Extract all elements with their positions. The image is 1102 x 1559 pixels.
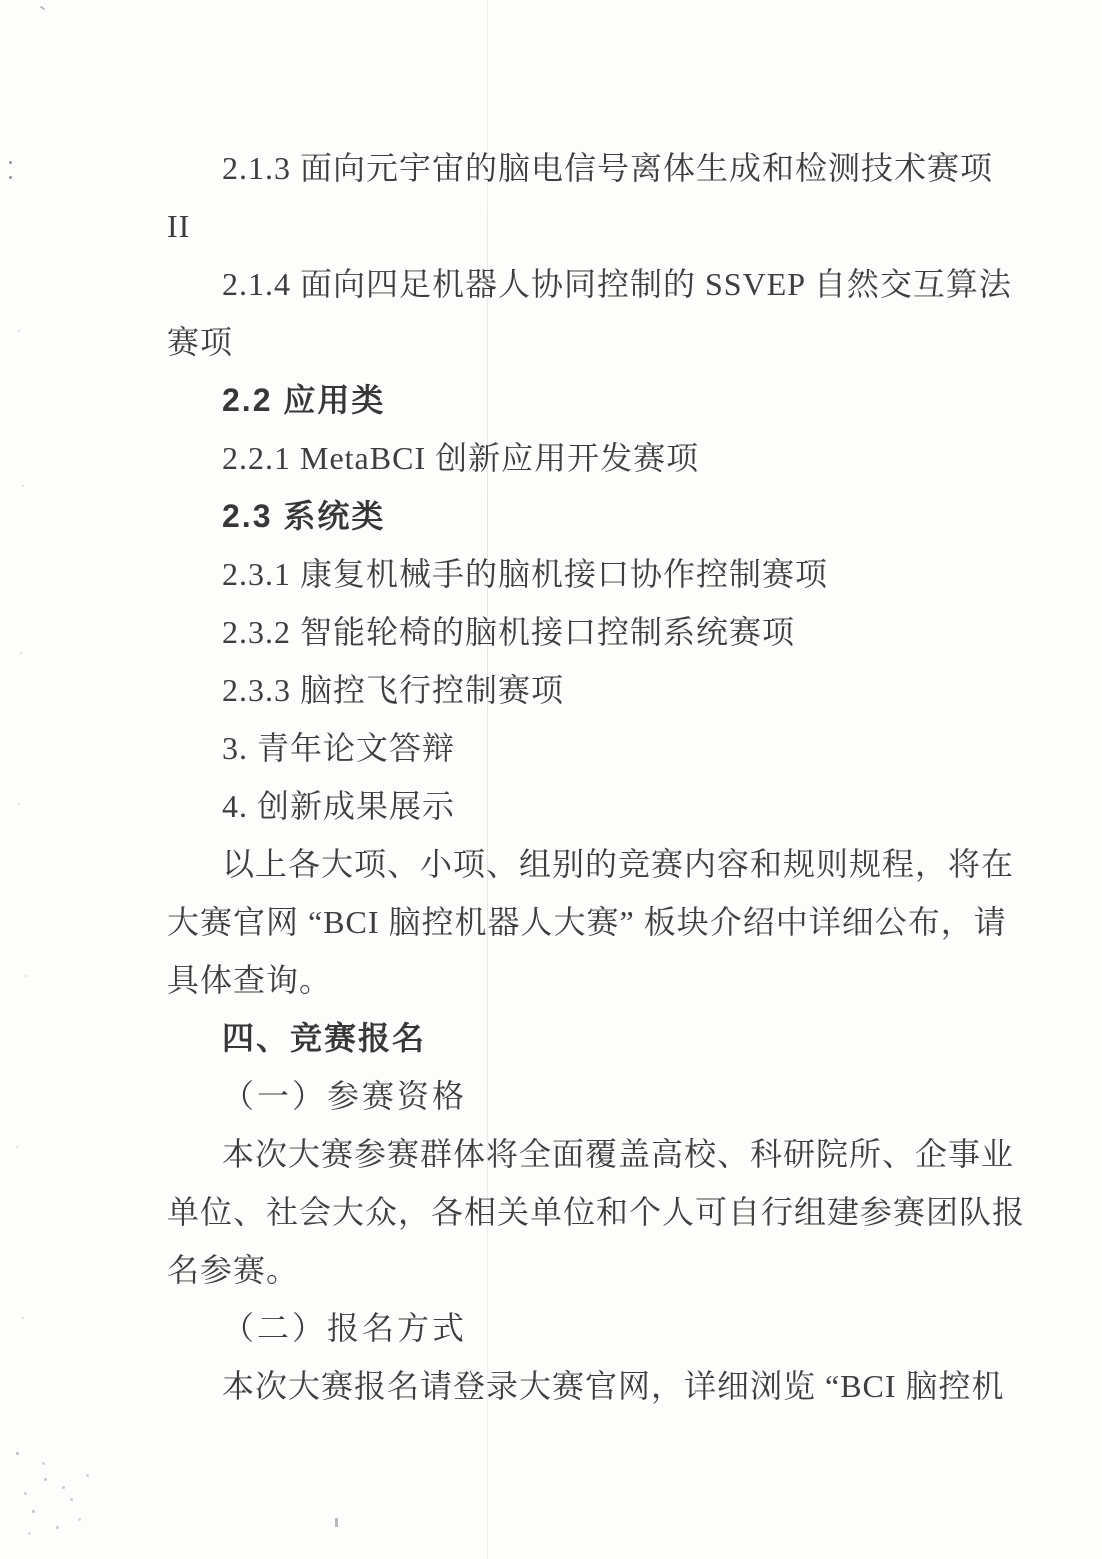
scan-speckle bbox=[18, 330, 20, 332]
list-item-2-3-2: 2.3.2 智能轮椅的脑机接口控制系统赛项 bbox=[167, 603, 945, 661]
list-item-2-1-4: 2.1.4 面向四足机器人协同控制的 SSVEP 自然交互算法 bbox=[167, 255, 945, 313]
scan-speckle bbox=[9, 161, 12, 164]
paragraph-eligibility-line-1: 本次大赛参赛群体将全面覆盖高校、科研院所、企事业 bbox=[167, 1125, 945, 1183]
document-page: 2.1.3 面向元宇宙的脑电信号离体生成和检测技术赛项 II 2.1.4 面向四… bbox=[0, 0, 1102, 1559]
scan-speckle bbox=[16, 1452, 19, 1455]
subheading-registration-method: （二）报名方式 bbox=[167, 1299, 945, 1357]
list-item-3-paper-defense: 3. 青年论文答辩 bbox=[167, 719, 945, 777]
subheading-eligibility: （一）参赛资格 bbox=[167, 1067, 945, 1125]
paragraph-registration-line-1: 本次大赛报名请登录大赛官网，详细浏览 “BCI 脑控机 bbox=[167, 1357, 945, 1415]
paragraph-rules-line-1: 以上各大项、小项、组别的竞赛内容和规则规程，将在 bbox=[167, 835, 945, 893]
list-item-4-innovation-showcase: 4. 创新成果展示 bbox=[167, 777, 945, 835]
list-item-2-1-3-continuation: II bbox=[167, 197, 945, 255]
list-item-2-3-3: 2.3.3 脑控飞行控制赛项 bbox=[167, 661, 945, 719]
list-item-2-3-1: 2.3.1 康复机械手的脑机接口协作控制赛项 bbox=[167, 545, 945, 603]
list-item-2-1-4-continuation: 赛项 bbox=[167, 313, 945, 371]
scan-speckle bbox=[335, 1518, 338, 1527]
paragraph-eligibility-line-3: 名参赛。 bbox=[167, 1241, 945, 1299]
heading-section-4-registration: 四、竞赛报名 bbox=[167, 1009, 945, 1067]
list-item-2-1-3: 2.1.3 面向元宇宙的脑电信号离体生成和检测技术赛项 bbox=[167, 139, 945, 197]
paragraph-rules-line-2: 大赛官网 “BCI 脑控机器人大赛” 板块介绍中详细公布，请 bbox=[167, 893, 945, 951]
list-item-2-2-1: 2.2.1 MetaBCI 创新应用开发赛项 bbox=[167, 429, 945, 487]
scan-speckle bbox=[40, 6, 45, 11]
heading-2-2-applications: 2.2 应用类 bbox=[167, 371, 945, 429]
text-block: 2.1.3 面向元宇宙的脑电信号离体生成和检测技术赛项 II 2.1.4 面向四… bbox=[167, 139, 945, 1415]
paragraph-rules-line-3: 具体查询。 bbox=[167, 951, 945, 1009]
heading-2-3-systems: 2.3 系统类 bbox=[167, 487, 945, 545]
paragraph-eligibility-line-2: 单位、社会大众，各相关单位和个人可自行组建参赛团队报 bbox=[167, 1183, 945, 1241]
